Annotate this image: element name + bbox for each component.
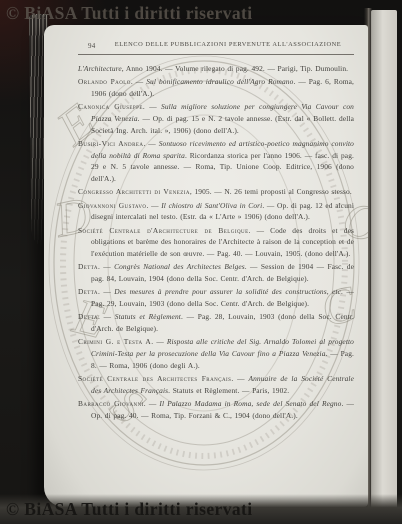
bibliography-entry: Busiri-Vici Andrea. — Sontuoso ricevimen… [78, 138, 354, 185]
bibliography-list: L'Architecture, Anno 1904. — Volume rile… [78, 63, 354, 422]
bibliography-entry: Crimini G. e Testa A. — Risposta alle cr… [78, 336, 354, 371]
bibliography-entry: Congresso Architetti di Venezia, 1905. —… [78, 186, 354, 198]
bibliography-entry: Orlando Paolo. — Sul bonificamento idrau… [78, 76, 354, 99]
running-title: ELENCO DELLE PUBBLICAZIONI PERVENUTE ALL… [78, 41, 354, 48]
bibliography-entry: Barracco Giovanni. — Il Palazzo Madama i… [78, 398, 354, 421]
bibliography-entry: Société Centrale des Architectes Françai… [78, 373, 354, 396]
bibliography-entry: Canonica Giuseppe. — Sulla migliore solu… [78, 101, 354, 136]
watermark-top: © BiASA Tutti i diritti riservati [6, 3, 253, 24]
facing-page [371, 10, 397, 515]
header-rule [78, 54, 354, 55]
book-photo: EDESOC 94 ELENCO DELLE PUBBLICAZIONI PER… [0, 0, 402, 524]
page-number: 94 [88, 42, 96, 50]
bibliography-entry: Detta. — Des mesures à prendre pour assu… [78, 286, 354, 309]
bibliography-entry: Giovannoni Gustavo. — Il chiostro di San… [78, 200, 354, 223]
text-column: 94 ELENCO DELLE PUBBLICAZIONI PERVENUTE … [78, 41, 354, 423]
bibliography-entry: Detta. — Congrès National des Architecte… [78, 261, 354, 284]
bibliography-entry: L'Architecture, Anno 1904. — Volume rile… [78, 63, 354, 75]
page-header: 94 ELENCO DELLE PUBBLICAZIONI PERVENUTE … [78, 41, 354, 51]
book-page: EDESOC 94 ELENCO DELLE PUBBLICAZIONI PER… [44, 25, 368, 507]
watermark-bottom: © BiASA Tutti i diritti riservati [6, 499, 253, 520]
bibliography-entry: Société Centrale d'Architecture de Belgi… [78, 225, 354, 260]
bibliography-entry: Detta. — Statuts et Règlement. — Pag. 28… [78, 311, 354, 334]
